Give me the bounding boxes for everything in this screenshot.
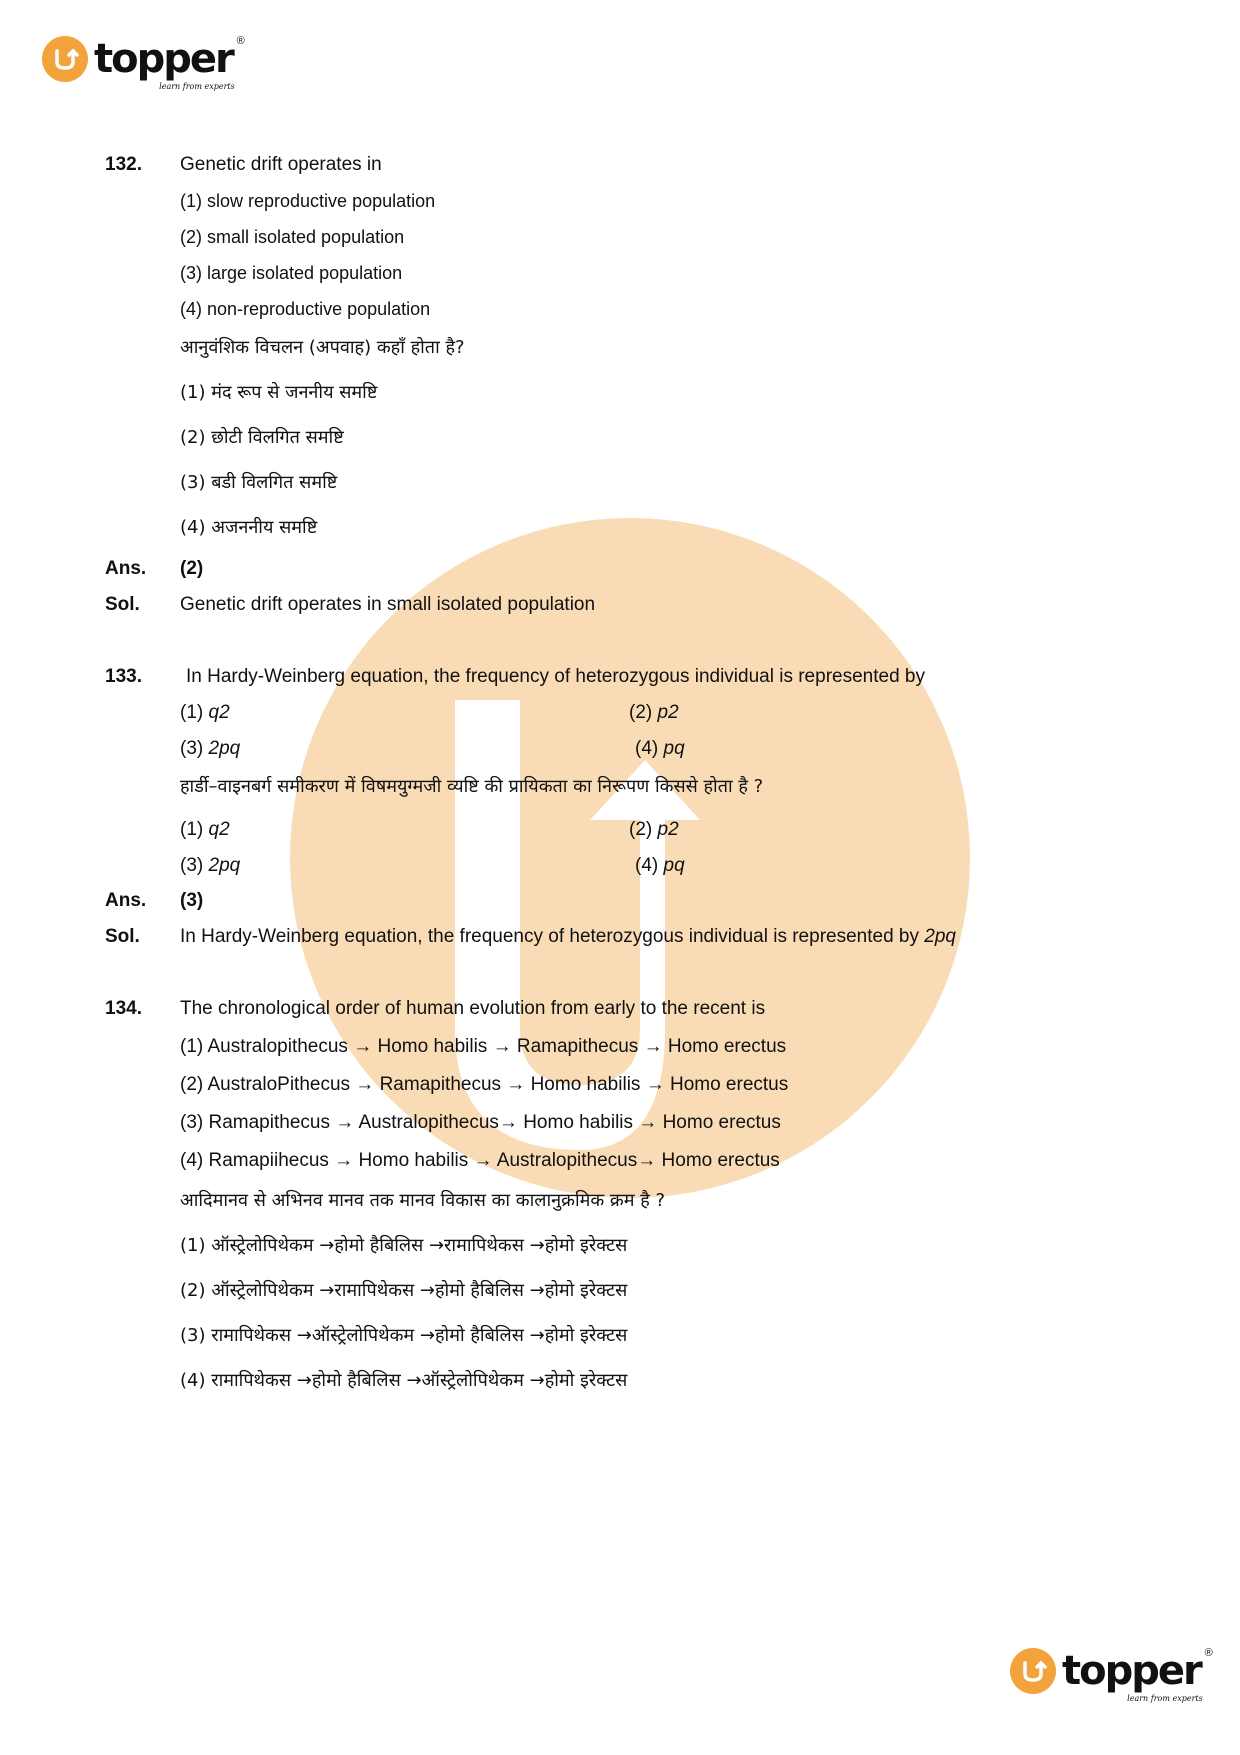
option-hi: (2) छोटी विलगित समष्टि xyxy=(180,425,344,449)
option-en: (3) large isolated population xyxy=(180,263,402,284)
option-hi: (1) ऑस्ट्रेलोपिथेकम →होमो हैबिलिस →रामाप… xyxy=(180,1233,627,1257)
registered-mark: ® xyxy=(237,35,245,47)
u-arrow-logo-icon xyxy=(42,36,88,82)
question-text-hi: आनुवंशिक विचलन (अपवाह) कहाँ होता है? xyxy=(180,335,465,359)
solution-label: Sol. xyxy=(105,926,140,948)
option-hi: (1) q2 xyxy=(180,819,230,841)
question-text-hi: आदिमानव से अभिनव मानव तक मानव विकास का क… xyxy=(180,1188,665,1212)
option-en: (2) p2 xyxy=(629,702,679,724)
option-en: (1) Australopithecus → Homo habilis → Ra… xyxy=(180,1036,786,1058)
option-en: (4) Ramapiihecus → Homo habilis → Austra… xyxy=(180,1150,780,1172)
option-en: (4) non-reproductive population xyxy=(180,299,430,320)
option-hi: (3) रामापिथेकस →ऑस्ट्रेलोपिथेकम →होमो है… xyxy=(180,1323,627,1347)
answer-value: (2) xyxy=(180,558,203,580)
option-en: (4) pq xyxy=(635,738,685,760)
option-en: (3) Ramapithecus → Australopithecus→ Hom… xyxy=(180,1112,781,1134)
answer-label: Ans. xyxy=(105,890,146,912)
answer-value: (3) xyxy=(180,890,203,912)
solution-text: Genetic drift operates in small isolated… xyxy=(180,594,595,616)
solution-label: Sol. xyxy=(105,594,140,616)
document-page: topper ® learn from experts 132. Genetic… xyxy=(0,0,1240,1755)
question-text-hi: हार्डी–वाइनबर्ग समीकरण में विषमयुग्मजी व… xyxy=(180,774,763,798)
question-text-en: Genetic drift operates in xyxy=(180,154,382,176)
option-hi: (3) बडी विलगित समष्टि xyxy=(180,470,337,494)
option-en: (3) 2pq xyxy=(180,738,240,760)
option-en: (1) q2 xyxy=(180,702,230,724)
option-en: (1) slow reproductive population xyxy=(180,191,435,212)
logo-tagline: learn from experts xyxy=(159,82,235,91)
question-number: 134. xyxy=(105,998,142,1020)
option-hi: (4) अजननीय समष्टि xyxy=(180,515,317,539)
solution-text: In Hardy-Weinberg equation, the frequenc… xyxy=(180,926,956,948)
logo-wordmark: topper xyxy=(1062,1651,1201,1691)
question-number: 133. xyxy=(105,666,142,688)
question-text-en: The chronological order of human evoluti… xyxy=(180,998,765,1020)
option-en: (2) small isolated population xyxy=(180,227,404,248)
option-hi: (2) p2 xyxy=(629,819,679,841)
u-arrow-logo-icon xyxy=(1010,1648,1056,1694)
option-hi: (1) मंद रूप से जननीय समष्टि xyxy=(180,380,377,404)
option-en: (2) AustraloPithecus → Ramapithecus → Ho… xyxy=(180,1074,788,1096)
option-hi: (4) रामापिथेकस →होमो हैबिलिस →ऑस्ट्रेलोप… xyxy=(180,1368,627,1392)
logo-wordmark: topper xyxy=(94,39,233,79)
registered-mark: ® xyxy=(1205,1647,1213,1659)
question-text-en: In Hardy-Weinberg equation, the frequenc… xyxy=(186,666,925,688)
topper-logo-footer: topper ® learn from experts xyxy=(1010,1648,1201,1694)
logo-tagline: learn from experts xyxy=(1127,1694,1203,1703)
option-hi: (2) ऑस्ट्रेलोपिथेकम →रामापिथेकस →होमो है… xyxy=(180,1278,627,1302)
option-hi: (4) pq xyxy=(635,855,685,877)
question-number: 132. xyxy=(105,154,142,176)
answer-label: Ans. xyxy=(105,558,146,580)
topper-logo: topper ® learn from experts xyxy=(42,36,233,82)
option-hi: (3) 2pq xyxy=(180,855,240,877)
